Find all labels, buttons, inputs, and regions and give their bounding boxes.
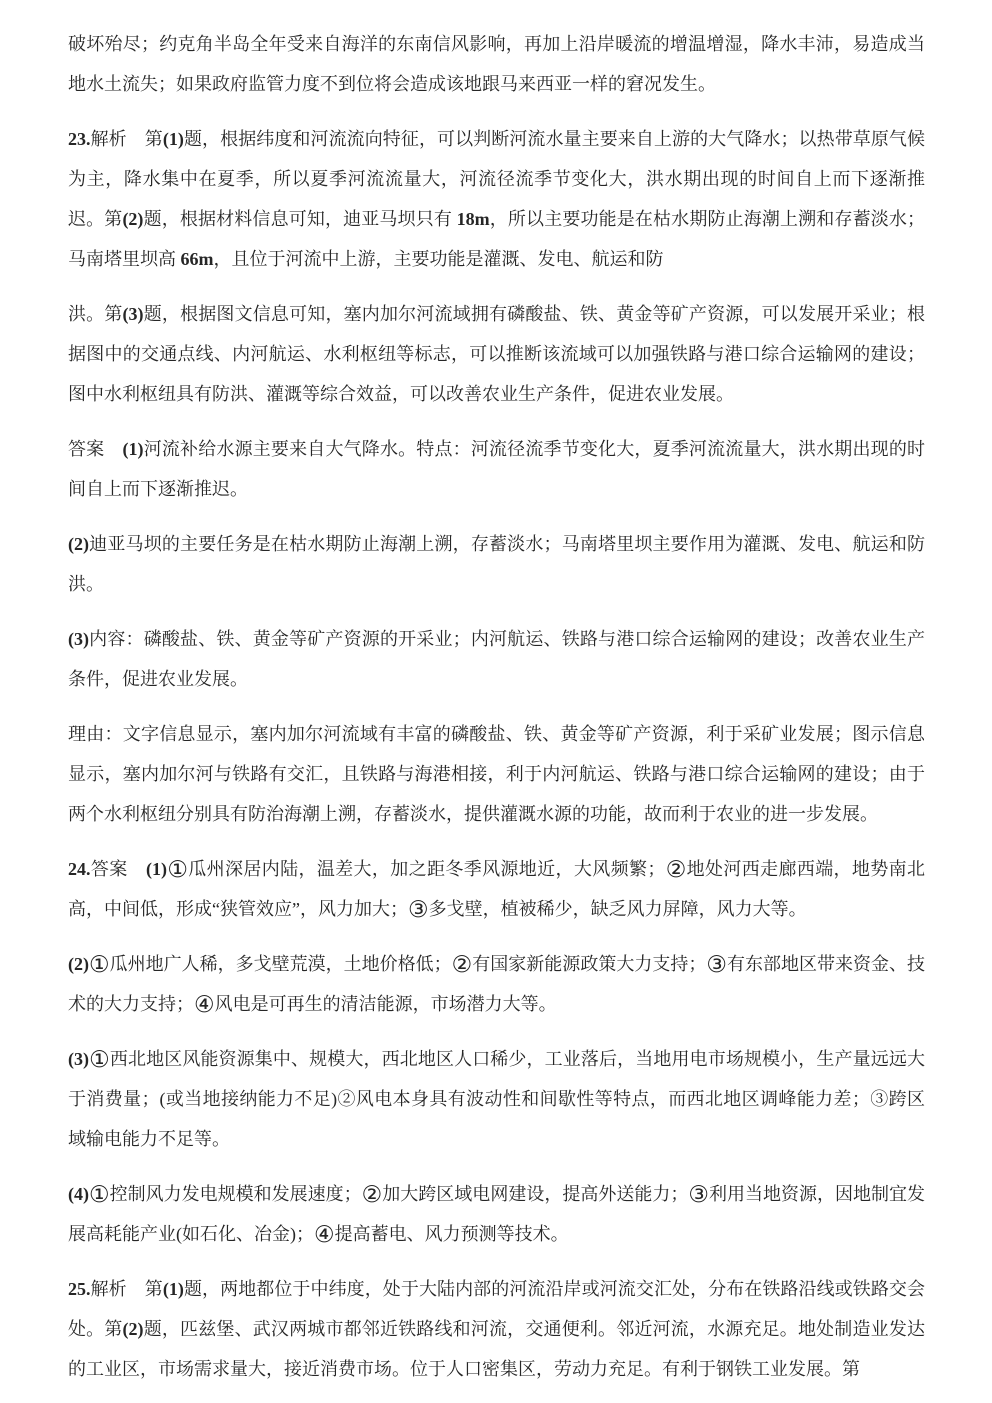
paragraph: 24.答案 (1)①瓜州深居内陆，温差大，加之距冬季风源地近，大风频繁；②地处河…: [68, 849, 925, 929]
circled-number: ③: [408, 897, 429, 923]
text-run: 西北地区风能资源集中、规模大，西北地区人口稀少，工业落后，当地用电市场规模小，生…: [68, 1049, 925, 1149]
text-run: 多戈壁，植被稀少，缺乏风力屏障，风力大等。: [429, 899, 807, 919]
text-run: ，且位于河流中上游，主要功能是灌溉、发电、航运和防: [214, 249, 664, 269]
bold-text-run: 23.: [68, 129, 91, 149]
bold-text-run: (3): [68, 1049, 89, 1069]
text-run: 内容：磷酸盐、铁、黄金等矿产资源的开采业；内河航运、铁路与港口综合运输网的建设；…: [68, 629, 925, 689]
text-run: 题，根据图文信息可知，塞内加尔河流域拥有磷酸盐、铁、黄金等矿产资源，可以发展开采…: [68, 304, 925, 404]
text-run: 答案: [91, 859, 146, 879]
circled-number: ②: [665, 857, 686, 883]
bold-text-run: (1): [123, 439, 144, 459]
paragraph: (4)①控制风力发电规模和发展速度；②加大跨区域电网建设，提高外送能力；③利用当…: [68, 1174, 925, 1254]
document-page: 破坏殆尽；约克角半岛全年受来自海洋的东南信风影响，再加上沿岸暖流的增温增湿，降水…: [0, 0, 992, 1403]
circled-number: ④: [314, 1222, 335, 1248]
paragraph: (3)内容：磷酸盐、铁、黄金等矿产资源的开采业；内河航运、铁路与港口综合运输网的…: [68, 619, 925, 699]
paragraph: 洪。第(3)题，根据图文信息可知，塞内加尔河流域拥有磷酸盐、铁、黄金等矿产资源，…: [68, 294, 925, 414]
circled-number: ③: [706, 952, 727, 978]
bold-text-run: (1): [146, 859, 167, 879]
bold-text-run: (2): [68, 954, 89, 974]
text-run: 控制风力发电规模和发展速度；: [110, 1184, 362, 1204]
text-run: 瓜州深居内陆，温差大，加之距冬季风源地近，大风频繁；: [188, 859, 665, 879]
text-run: 有国家新能源政策大力支持；: [472, 954, 706, 974]
paragraph: (2)①瓜州地广人稀，多戈壁荒漠，土地价格低；②有国家新能源政策大力支持；③有东…: [68, 944, 925, 1024]
text-run: 提高蓄电、风力预测等技术。: [335, 1224, 569, 1244]
text-run: 河流补给水源主要来自大气降水。特点：河流径流季节变化大，夏季河流流量大，洪水期出…: [68, 439, 925, 499]
circled-number: ①: [89, 1182, 110, 1208]
paragraph: 答案 (1)河流补给水源主要来自大气降水。特点：河流径流季节变化大，夏季河流流量…: [68, 429, 925, 509]
text-run: 风电是可再生的清洁能源，市场潜力大等。: [215, 994, 557, 1014]
text-run: 解析 第: [91, 129, 163, 149]
text-run: 洪。第: [68, 304, 123, 324]
bold-text-run: (1): [163, 1279, 184, 1299]
bold-text-run: 18m: [457, 209, 490, 229]
bold-text-run: (1): [163, 129, 184, 149]
circled-number: ①: [89, 952, 110, 978]
text-run: 题，匹兹堡、武汉两城市都邻近铁路线和河流，交通便利。邻近河流，水源充足。地处制造…: [68, 1319, 925, 1379]
bold-text-run: (2): [122, 209, 143, 229]
bold-text-run: 24.: [68, 859, 91, 879]
circled-number: ③: [688, 1182, 709, 1208]
text-run: 破坏殆尽；约克角半岛全年受来自海洋的东南信风影响，再加上沿岸暖流的增温增湿，降水…: [68, 34, 925, 94]
paragraph: 23.解析 第(1)题，根据纬度和河流流向特征，可以判断河流水量主要来自上游的大…: [68, 119, 925, 279]
text-run: 加大跨区域电网建设，提高外送能力；: [382, 1184, 688, 1204]
circled-number: ①: [167, 857, 188, 883]
paragraph: 破坏殆尽；约克角半岛全年受来自海洋的东南信风影响，再加上沿岸暖流的增温增湿，降水…: [68, 24, 925, 104]
bold-text-run: (2): [123, 1319, 144, 1339]
circled-number: ④: [194, 992, 215, 1018]
paragraph: (3)①西北地区风能资源集中、规模大，西北地区人口稀少，工业落后，当地用电市场规…: [68, 1039, 925, 1159]
document-body: 破坏殆尽；约克角半岛全年受来自海洋的东南信风影响，再加上沿岸暖流的增温增湿，降水…: [68, 24, 925, 1389]
text-run: 理由：文字信息显示，塞内加尔河流域有丰富的磷酸盐、铁、黄金等矿产资源，利于采矿业…: [68, 724, 925, 824]
circled-number: ②: [362, 1182, 383, 1208]
circled-number: ①: [89, 1047, 110, 1073]
bold-text-run: (4): [68, 1184, 89, 1204]
text-run: 瓜州地广人稀，多戈壁荒漠，土地价格低；: [110, 954, 452, 974]
bold-text-run: (3): [123, 304, 144, 324]
text-run: 答案: [68, 439, 123, 459]
paragraph: (2)迪亚马坝的主要任务是在枯水期防止海潮上溯，存蓄淡水；马南塔里坝主要作用为灌…: [68, 524, 925, 604]
paragraph: 25.解析 第(1)题，两地都位于中纬度，处于大陆内部的河流沿岸或河流交汇处，分…: [68, 1269, 925, 1389]
text-run: 迪亚马坝的主要任务是在枯水期防止海潮上溯，存蓄淡水；马南塔里坝主要作用为灌溉、发…: [68, 534, 925, 594]
text-run: 解析 第: [91, 1279, 163, 1299]
text-run: 题，根据材料信息可知，迪亚马坝只有: [143, 209, 456, 229]
bold-text-run: (3): [68, 629, 89, 649]
bold-text-run: 25.: [68, 1279, 91, 1299]
bold-text-run: 66m: [181, 249, 214, 269]
paragraph: 理由：文字信息显示，塞内加尔河流域有丰富的磷酸盐、铁、黄金等矿产资源，利于采矿业…: [68, 714, 925, 834]
bold-text-run: (2): [68, 534, 89, 554]
circled-number: ②: [452, 952, 473, 978]
